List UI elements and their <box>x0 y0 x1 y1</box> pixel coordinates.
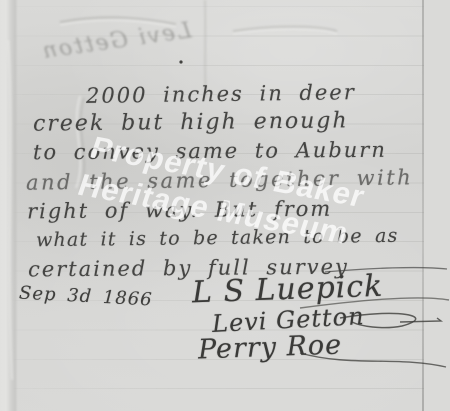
scanned-letter: Levi Getton 2000 inches in deer creek bu… <box>0 0 450 411</box>
